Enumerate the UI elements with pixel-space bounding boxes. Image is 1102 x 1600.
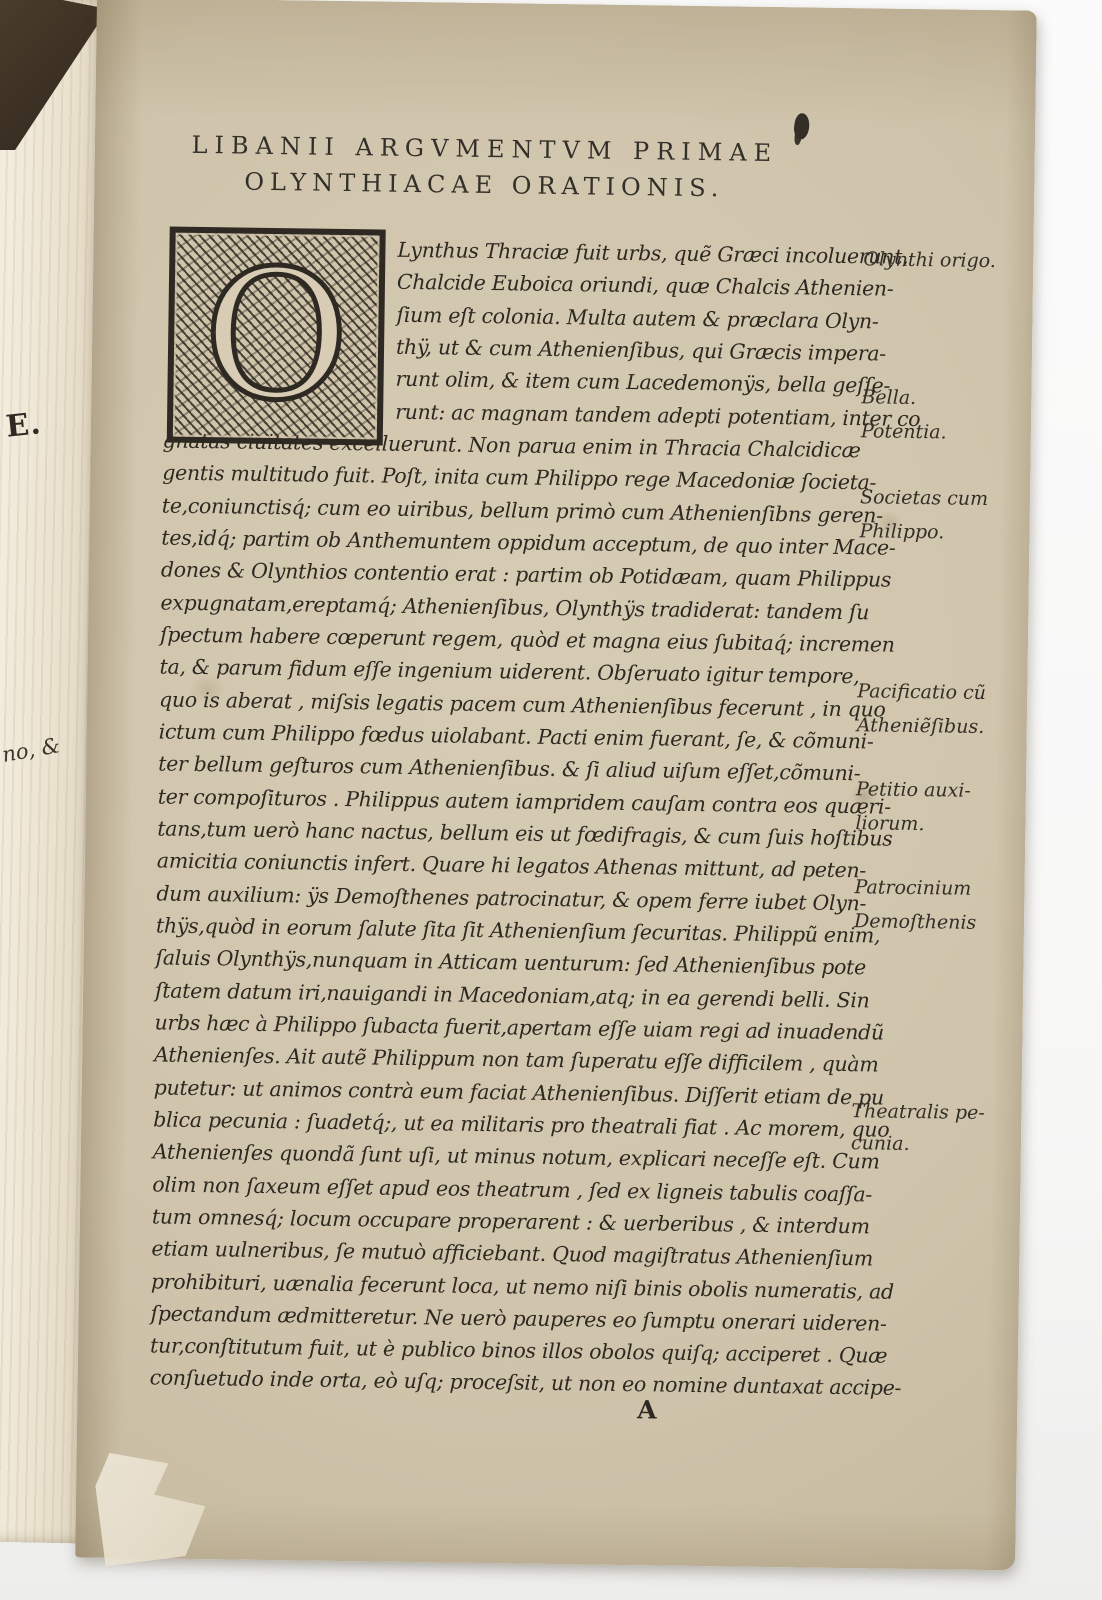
margin-note: Bella.: [861, 386, 1029, 410]
book-page: LIBANII ARGVMENTVM PRIMAE OLYNTHIACAE OR…: [75, 0, 1037, 1570]
margin-note: Petitio auxi-: [856, 778, 1024, 802]
margin-note: Pacificatio cũ: [857, 680, 1025, 704]
margin-note: Theatralis pe-: [851, 1100, 1019, 1124]
margin-note: Societas cum: [860, 486, 1028, 510]
page-heading: LIBANII ARGVMENTVM PRIMAE OLYNTHIACAE OR…: [114, 126, 855, 208]
torn-corner: [91, 1439, 234, 1566]
margin-note: Olynthi origo.: [863, 248, 1031, 272]
margin-note: Potentia.: [861, 420, 1029, 444]
body-text: Lynthus Thraciæ fuit urbs, quẽ Græci inc…: [149, 230, 859, 1403]
margin-note: Demoſthenis: [854, 910, 1022, 934]
facing-page-fragment-top: E.: [4, 406, 43, 444]
book-photo: E. no, & LIBANII ARGVMENTVM PRIMAE OLYNT…: [0, 0, 1102, 1600]
signature-mark: A: [637, 1395, 657, 1424]
margin-note: Philippo.: [859, 520, 1027, 544]
margin-note: liorum.: [855, 812, 1023, 836]
margin-note: Patrocinium: [854, 876, 1022, 900]
margin-note: Atheniẽſibus.: [857, 714, 1025, 738]
margin-note: cunia.: [851, 1132, 1019, 1156]
